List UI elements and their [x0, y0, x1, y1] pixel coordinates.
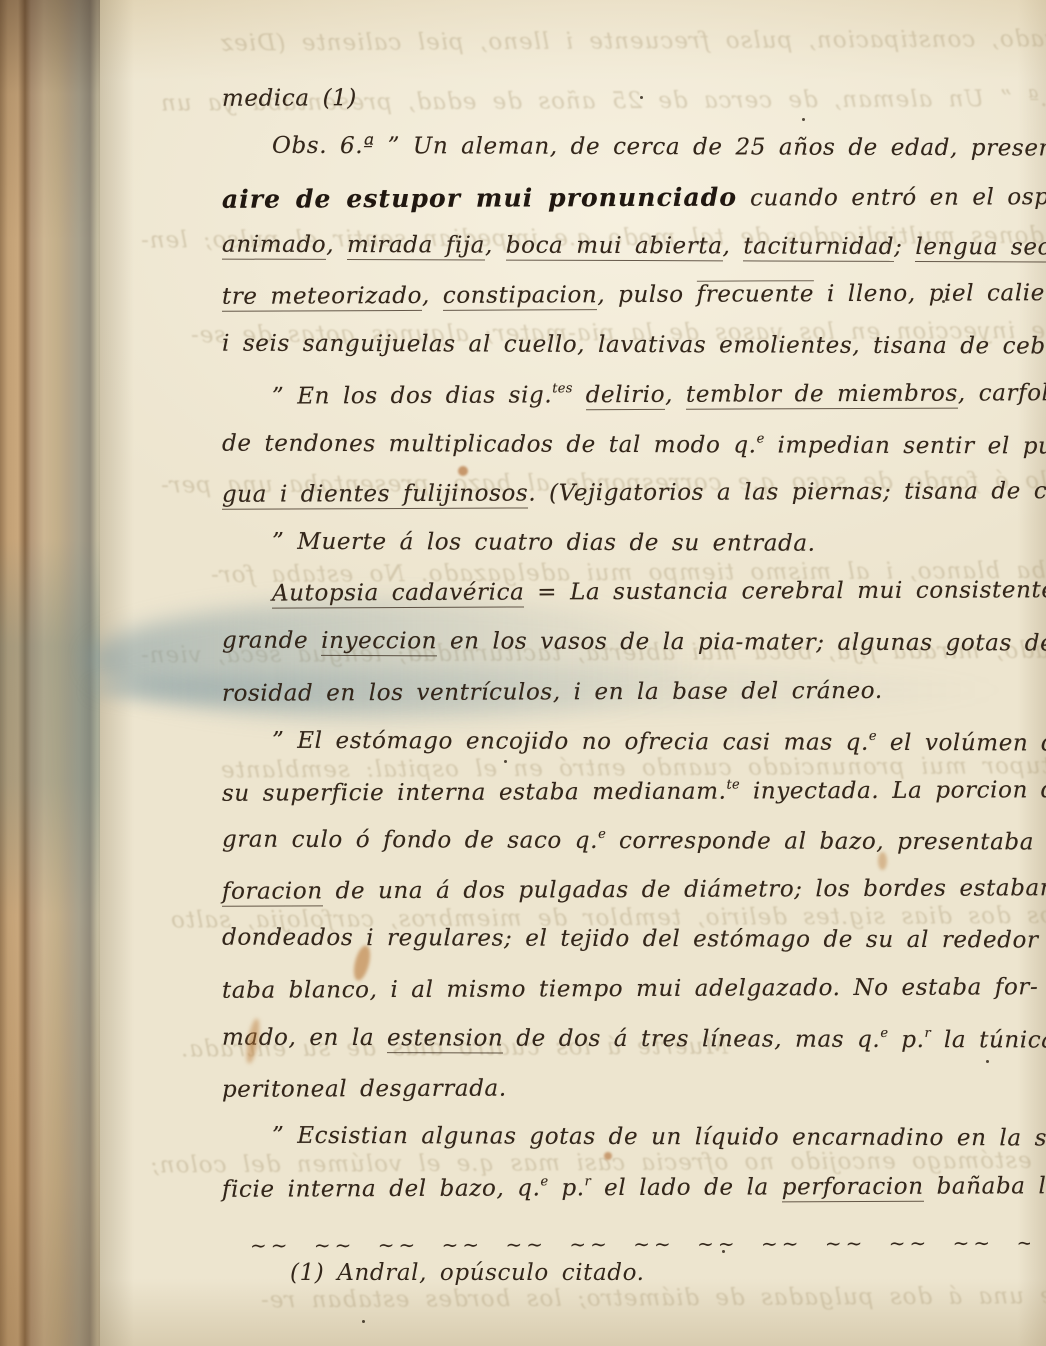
underlined-phrase: tre meteorizado: [222, 283, 422, 312]
text-segment: p.: [548, 1175, 584, 1201]
underlined-phrase: lengua seca: [915, 234, 1046, 263]
text-segment: ,: [665, 382, 686, 408]
paper-speck: [986, 1060, 989, 1063]
manuscript-line: peritoneal desgarrada.: [222, 1073, 1040, 1126]
text-segment: cuando entró en el ospital:: [737, 184, 1046, 212]
text-segment: ,: [422, 283, 443, 309]
text-segment: corresponde al bazo, presentaba una per-: [606, 828, 1046, 856]
paper-speck: [942, 300, 945, 303]
text-segment: , pulso: [597, 282, 696, 308]
paper-speck: [640, 96, 643, 99]
underlined-phrase: perforacion: [782, 1174, 924, 1203]
manuscript-text: medica (1)Obs. 6.ª ” Un aleman, de cerca…: [222, 84, 1040, 1224]
text-segment: ,: [722, 233, 743, 259]
manuscript-page: Obs. 6.ª ” Un aleman, de cerca de 25 año…: [100, 0, 1046, 1346]
text-segment: ” Muerte á los cuatro dias de su entrada…: [272, 529, 816, 557]
manuscript-line: i seis sanguijuelas al cuello, lavativas…: [222, 330, 1040, 382]
bleedthrough-ghost-line: foracion de una á dos pulgadas de diámet…: [260, 1283, 1046, 1314]
text-segment: ” En los dos dias sig.: [272, 383, 552, 410]
text-segment: inyectada. La porcion del: [740, 777, 1046, 804]
text-segment: gran culo ó fondo de saco q.: [222, 827, 598, 854]
text-segment: [573, 382, 586, 408]
text-segment: dondeados i regulares; el tejido del est…: [222, 925, 1046, 954]
text-segment: rosidad en los ventrículos, i en la base…: [222, 677, 883, 706]
manuscript-line: ” El estómago encojido no ofrecia casi m…: [222, 727, 1040, 779]
text-segment: i seis sanguijuelas al cuello, lavativas…: [222, 330, 1046, 359]
manuscript-line: foracion de una á dos pulgadas de diámet…: [222, 875, 1040, 928]
underlined-phrase: taciturnidad: [743, 233, 894, 262]
abbreviation-superscript: e: [598, 827, 606, 842]
abbreviation-superscript: tes: [552, 382, 573, 397]
paper-speck: [504, 760, 507, 763]
text-segment: ” Ecsistian algunas gotas de un líquido …: [272, 1123, 1046, 1152]
text-segment: Obs. 6.ª ” Un aleman, de cerca de 25 año…: [272, 132, 1046, 161]
underlined-phrase: constipacion: [443, 282, 598, 311]
underlined-phrase: delirio: [586, 382, 666, 410]
text-segment: ficie interna del bazo, q.: [222, 1175, 541, 1202]
page-gutter-shadow: [100, 0, 134, 1346]
footnote-separator: ~~ ~~ ~~ ~~ ~~ ~~ ~~ ~~ ~~ ~~ ~~ ~~ ~~ ~…: [250, 1231, 1030, 1258]
abbreviation-superscript: e: [757, 431, 765, 446]
manuscript-line: rosidad en los ventrículos, i en la base…: [222, 677, 1040, 730]
abbreviation-superscript: te: [726, 777, 740, 792]
footnote-text: (1) Andral, opúsculo citado.: [290, 1260, 645, 1286]
abbreviation-superscript: e: [869, 729, 877, 744]
manuscript-line: taba blanco, i al mismo tiempo mui adelg…: [222, 974, 1040, 1027]
text-segment: taba blanco, i al mismo tiempo mui adelg…: [222, 974, 1039, 1004]
manuscript-line: dondeados i regulares; el tejido del est…: [222, 925, 1040, 977]
text-segment: el volúmen del: [877, 730, 1046, 757]
text-segment: ,: [326, 232, 347, 258]
text-segment: de tendones multiplicados de tal modo q.: [222, 430, 757, 458]
text-segment: , carfolojia, salto: [958, 380, 1046, 407]
text-segment: de una á dos pulgadas de diámetro; los b…: [323, 875, 1046, 904]
text-segment: ,: [485, 232, 506, 258]
text-segment: impedian sentir el pulso;: [765, 432, 1046, 459]
text-segment: grande: [222, 628, 321, 654]
paper-speck: [362, 1320, 365, 1323]
manuscript-line: tre meteorizado, constipacion, pulso fre…: [222, 280, 1040, 333]
underlined-phrase: mirada fija: [347, 232, 485, 260]
manuscript-line: Obs. 6.ª ” Un aleman, de cerca de 25 año…: [222, 132, 1040, 184]
manuscript-line: ” En los dos dias sig.tes delirio, tembl…: [222, 379, 1040, 432]
manuscript-line: ” Muerte á los cuatro dias de su entrada…: [222, 528, 1040, 580]
underlined-phrase: Autopsia cadavérica: [272, 580, 525, 609]
manuscript-line: su superficie interna estaba medianam.te…: [222, 776, 1040, 829]
text-segment: peritoneal desgarrada.: [222, 1075, 507, 1102]
underlined-phrase: boca mui abierta: [506, 232, 723, 261]
manuscript-line: aire de estupor mui pronunciado cuando e…: [222, 181, 1040, 234]
manuscript-line: medica (1): [222, 82, 1040, 135]
manuscript-line: animado, mirada fija, boca mui abierta, …: [222, 231, 1040, 283]
text-segment: frecuente: [697, 280, 815, 308]
text-segment: en los vasos de la pia-mater; algunas go…: [437, 628, 1046, 656]
underlined-phrase: inyeccion: [321, 628, 437, 656]
manuscript-line: Autopsia cadavérica = La sustancia cereb…: [222, 578, 1040, 631]
underlined-phrase: foracion: [222, 878, 323, 906]
manuscript-line: grande inyeccion en los vasos de la pia-…: [222, 628, 1040, 680]
text-segment: ;: [894, 234, 915, 260]
paper-speck: [802, 118, 805, 121]
underlined-phrase: estension: [387, 1026, 503, 1054]
manuscript-line: mado, en la estension de dos á tres líne…: [222, 1024, 1040, 1076]
underlined-phrase: gua i dientes fulijinosos: [222, 481, 528, 510]
manuscript-line: gran culo ó fondo de saco q.e correspond…: [222, 826, 1040, 878]
book-binding-edge: [0, 0, 106, 1346]
paper-speck: [722, 1250, 725, 1253]
underlined-phrase: temblor de miembros: [686, 381, 958, 410]
binding-shading: [0, 0, 106, 1346]
text-segment: de dos á tres líneas, mas q.: [503, 1026, 880, 1053]
text-segment: su superficie interna estaba medianam.: [222, 778, 727, 806]
text-segment: bañaba las pa-: [924, 1173, 1046, 1200]
text-segment: p.: [888, 1027, 924, 1053]
manuscript-line: gua i dientes fulijinosos. (Vejigatorios…: [222, 479, 1040, 532]
text-segment: ” El estómago encojido no ofrecia casi m…: [272, 728, 869, 756]
underlined-phrase: animado: [222, 231, 326, 259]
text-segment: aire de estupor mui pronunciado: [222, 183, 737, 214]
manuscript-scan: Obs. 6.ª ” Un aleman, de cerca de 25 año…: [0, 0, 1046, 1346]
text-segment: la túnica: [931, 1027, 1046, 1053]
bleedthrough-ghost-line: tre meteorizado, constipacion, pulso fre…: [220, 25, 1046, 56]
text-segment: . (Vejigatorios a las piernas; tisana de…: [528, 478, 1046, 507]
manuscript-line: de tendones multiplicados de tal modo q.…: [222, 429, 1040, 481]
manuscript-line: ficie interna del bazo, q.e p.r el lado …: [222, 1172, 1040, 1225]
text-segment: el lado de la: [591, 1174, 782, 1201]
text-segment: medica (1): [222, 85, 357, 112]
text-segment: mado, en la: [222, 1025, 387, 1052]
manuscript-line: ” Ecsistian algunas gotas de un líquido …: [222, 1123, 1040, 1175]
text-segment: = La sustancia cerebral mui consistente;…: [524, 577, 1046, 606]
abbreviation-superscript: e: [540, 1174, 548, 1189]
text-segment: i lleno, piel caliente (Diez: [814, 280, 1046, 308]
